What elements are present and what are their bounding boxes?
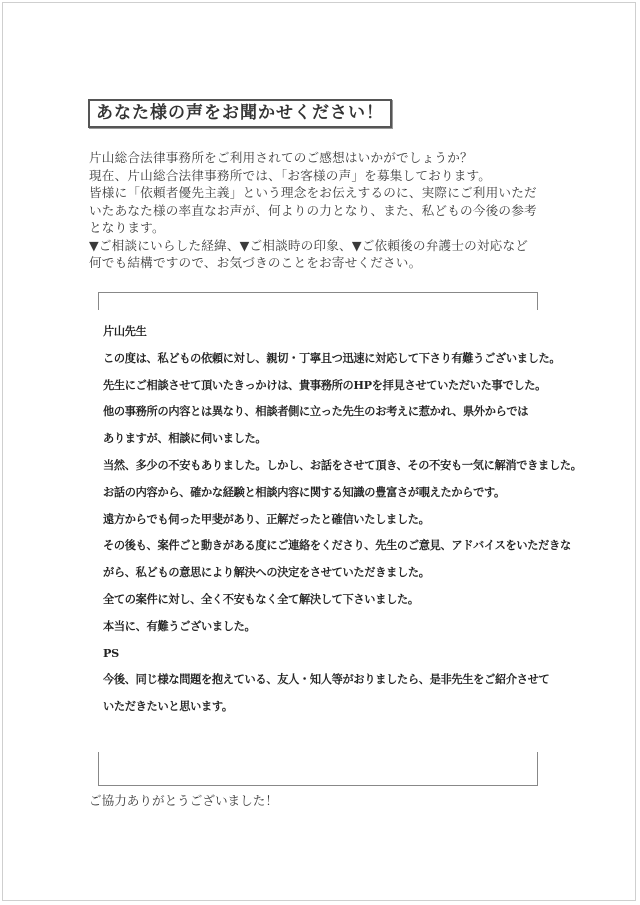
intro-line: 片山総合法律事務所をご利用されてのご感想はいかがでしょうか？: [89, 149, 559, 167]
intro-line: いたあなた様の率直なお声が、何よりの力となり、また、私どもの今後の参考: [89, 202, 559, 220]
letter-bracket-top: [98, 292, 538, 310]
letter-line: 他の事務所の内容とは異なり、相談者側に立った先生のお考えに惹かれ、県外からでは: [103, 402, 563, 429]
letter-line: この度は、私どもの依頼に対し、親切・丁寧且つ迅速に対応して下さり有難うございまし…: [103, 349, 563, 376]
page-title: あなた様の声をお聞かせください！: [88, 99, 392, 128]
letter-ps-label: PS: [103, 644, 563, 671]
letter-line: 当然、多少の不安もありました。しかし、お話をさせて頂き、その不安も一気に解消でき…: [103, 456, 563, 483]
intro-line: ▼ご相談にいらした経緯、▼ご相談時の印象、▼ご依頼後の弁護士の対応など: [89, 237, 559, 255]
letter-line: その後も、案件ごと動きがある度にご連絡をくださり、先生のご意見、アドバイスをいた…: [103, 536, 563, 563]
letter-line: 本当に、有難うございました。: [103, 617, 563, 644]
letter-bracket-bottom: [98, 752, 538, 786]
closing-thanks: ご協力ありがとうございました！: [89, 790, 278, 809]
intro-line: 何でも結構ですので、お気づきのことをお寄せください。: [89, 254, 559, 272]
intro-line: となります。: [89, 219, 559, 237]
intro-text: 片山総合法律事務所をご利用されてのご感想はいかがでしょうか？ 現在、片山総合法律…: [89, 149, 559, 272]
letter-line: がら、私どもの意思により解決への決定をさせていただきました。: [103, 563, 563, 590]
letter-line: 全ての案件に対し、全く不安もなく全て解決して下さいました。: [103, 590, 563, 617]
customer-letter: 片山先生 この度は、私どもの依頼に対し、親切・丁寧且つ迅速に対応して下さり有難う…: [103, 322, 563, 724]
letter-line: 今後、同じ様な問題を抱えている、友人・知人等がおりましたら、是非先生をご紹介させ…: [103, 670, 563, 697]
letter-line: 遠方からでも伺った甲斐があり、正解だったと確信いたしました。: [103, 510, 563, 537]
letter-line: ありますが、相談に伺いました。: [103, 429, 563, 456]
letter-salutation: 片山先生: [103, 322, 563, 349]
letter-line: 先生にご相談させて頂いたきっかけは、貴事務所のHPを拝見させていただいた事でした…: [103, 376, 563, 403]
intro-line: 現在、片山総合法律事務所では、「お客様の声」を募集しております。: [89, 167, 559, 185]
intro-line: 皆様に「依頼者優先主義」という理念をお伝えするのに、実際にご利用いただ: [89, 184, 559, 202]
letter-line: お話の内容から、確かな経験と相談内容に関する知識の豊富さが覗えたからです。: [103, 483, 563, 510]
letter-line: いただきたいと思います。: [103, 697, 563, 724]
